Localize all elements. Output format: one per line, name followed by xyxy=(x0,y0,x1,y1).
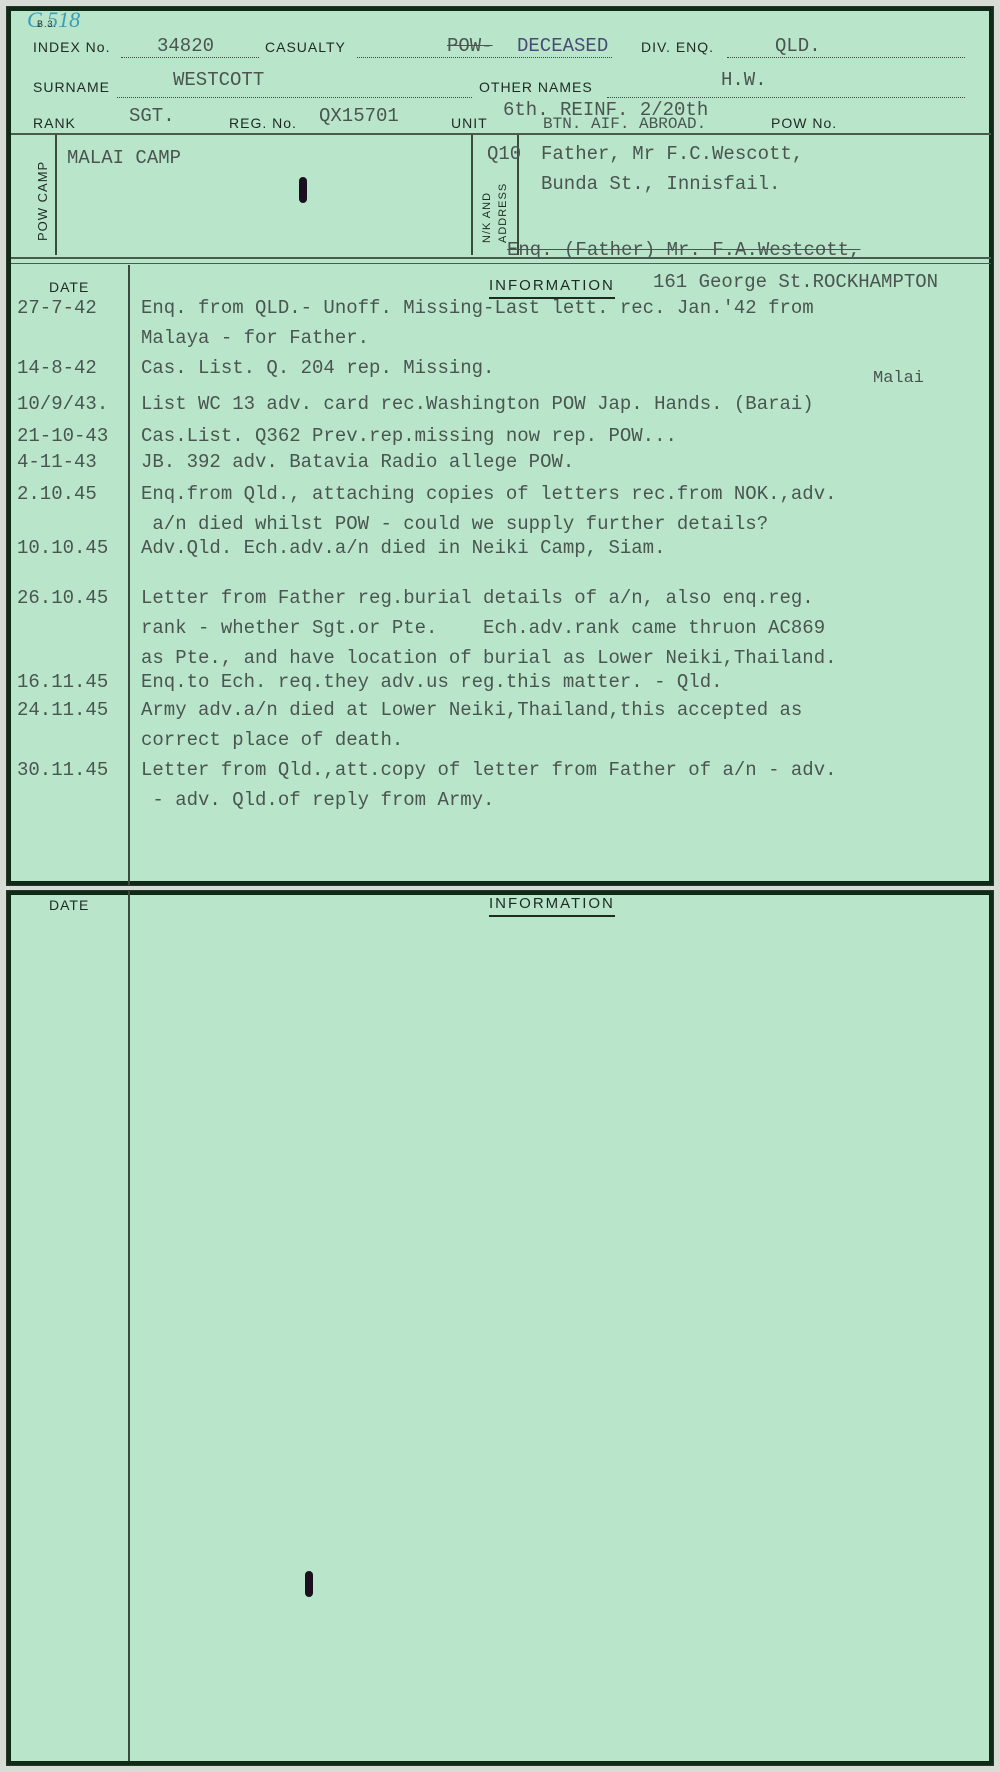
rank-value: SGT. xyxy=(129,105,175,127)
entry-date: 16.11.45 xyxy=(17,671,127,693)
record-card-front: C 518 B.3. INDEX No. 34820 CASUALTY POW-… xyxy=(6,6,994,886)
index-value: 34820 xyxy=(157,35,214,57)
nk-code: Q10 xyxy=(487,143,521,165)
pow-camp-value: MALAI CAMP xyxy=(67,147,181,169)
entry-date: 2.10.45 xyxy=(17,483,127,505)
casualty-label: CASUALTY xyxy=(265,39,346,55)
entry-date: 14-8-42 xyxy=(17,357,127,379)
entry-date: 24.11.45 xyxy=(17,699,127,721)
date-header: DATE xyxy=(49,279,89,295)
entry-text: List WC 13 adv. card rec.Washington POW … xyxy=(141,389,981,419)
entry-date: 4-11-43 xyxy=(17,451,127,473)
date-header-back: DATE xyxy=(49,897,89,913)
entry-date: 10.10.45 xyxy=(17,537,127,559)
entry-text: Army adv.a/n died at Lower Neiki,Thailan… xyxy=(141,695,981,755)
info-header-back: INFORMATION xyxy=(489,895,615,917)
entry-text: Enq. from QLD.- Unoff. Missing-Last lett… xyxy=(141,293,981,353)
reg-no-label: REG. No. xyxy=(229,115,297,131)
entry-text: Letter from Father reg.burial details of… xyxy=(141,583,981,673)
nk-label-1: N/K AND xyxy=(481,192,493,243)
entry-date: 10/9/43. xyxy=(17,393,127,415)
entry-text: Letter from Qld.,att.copy of letter from… xyxy=(141,755,981,815)
other-names-value: H.W. xyxy=(721,69,767,91)
entry-text: Cas. List. Q. 204 rep. Missing. xyxy=(141,353,981,383)
form-code: B.3. xyxy=(37,19,57,29)
rank-label: RANK xyxy=(33,115,76,131)
unit-label: UNIT xyxy=(451,115,488,131)
nk-label-2: ADDRESS xyxy=(497,183,509,243)
entry-date: 21-10-43 xyxy=(17,425,127,447)
punch-hole-back xyxy=(305,1571,313,1597)
div-enq-label: DIV. ENQ. xyxy=(641,39,714,55)
other-names-label: OTHER NAMES xyxy=(479,79,593,95)
entry-date: 30.11.45 xyxy=(17,759,127,781)
surname-value: WESTCOTT xyxy=(173,69,264,91)
punch-hole xyxy=(299,177,307,203)
nk-line1: Father, Mr F.C.Wescott, xyxy=(541,143,803,165)
surname-label: SURNAME xyxy=(33,79,110,95)
casualty-struck: POW- xyxy=(447,35,493,57)
nk-line2: Bunda St., Innisfail. xyxy=(541,173,780,195)
entry-date: 26.10.45 xyxy=(17,587,127,609)
entry-text: Enq.from Qld., attaching copies of lette… xyxy=(141,479,981,539)
entry-text: Adv.Qld. Ech.adv.a/n died in Neiki Camp,… xyxy=(141,533,981,563)
unit-value-line2: BTN. AIF. ABROAD. xyxy=(543,115,706,133)
reg-no-value: QX15701 xyxy=(319,105,399,127)
entry-text: Enq.to Ech. req.they adv.us reg.this mat… xyxy=(141,667,981,697)
pow-no-label: POW No. xyxy=(771,115,837,131)
div-enq-value: QLD. xyxy=(775,35,821,57)
entry-text: JB. 392 adv. Batavia Radio allege POW. xyxy=(141,447,981,477)
nk-line4: 161 George St.ROCKHAMPTON xyxy=(653,271,938,293)
casualty-value: DECEASED xyxy=(517,35,608,57)
entry-date: 27-7-42 xyxy=(17,297,127,319)
record-card-back: DATE INFORMATION xyxy=(6,890,994,1766)
pow-camp-label: POW CAMP xyxy=(35,161,50,241)
index-label: INDEX No. xyxy=(33,39,110,55)
